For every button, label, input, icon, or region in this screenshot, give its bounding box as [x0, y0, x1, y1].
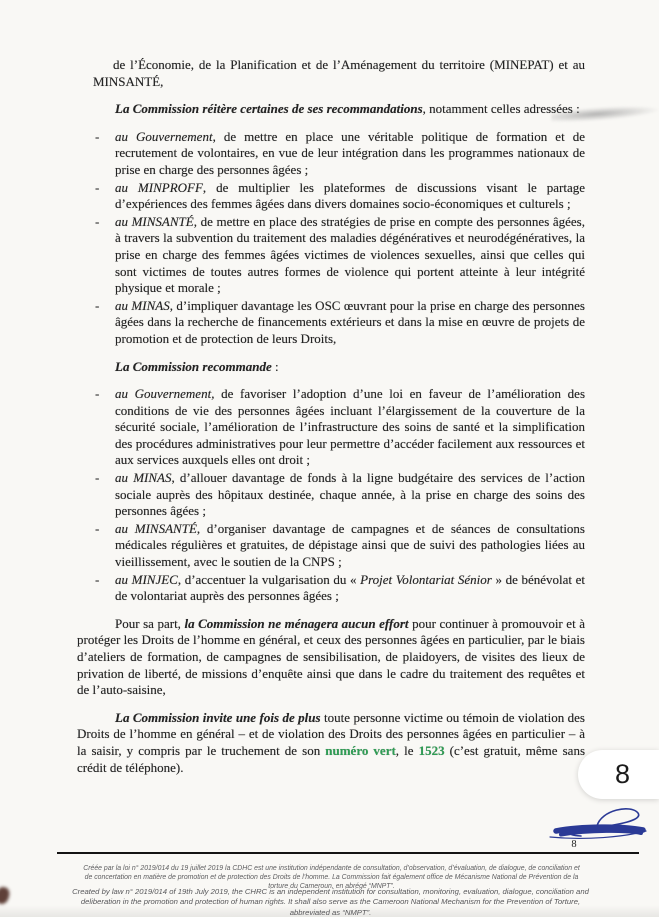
text-segment: au MINAS [115, 470, 171, 485]
text-segment: La Commission recommande [115, 359, 272, 374]
bullet-dash: - [95, 129, 99, 146]
text-segment: La Commission invite une fois de plus [115, 710, 321, 725]
printed-page-number: 8 [567, 839, 581, 850]
bullet-dash: - [95, 572, 99, 589]
document-body: de l’Économie, de la Planification et de… [77, 57, 585, 787]
bullet-dash: - [95, 521, 99, 538]
text-segment: , d’impliquer davantage les OSC œuvrant … [115, 298, 585, 346]
text-segment: de l’Économie, de la Planification et de… [93, 57, 585, 89]
blue-ink-signature-scribble [547, 803, 647, 845]
list-item: -au Gouvernement, de mettre en place une… [77, 129, 585, 179]
text-segment: au MINJEC [115, 572, 178, 587]
paragraph: de l’Économie, de la Planification et de… [93, 57, 585, 90]
text-segment: au Gouvernement, [115, 386, 214, 401]
text-segment: : [272, 359, 279, 374]
text-segment: 1523 [419, 743, 445, 758]
list-item: -au MINAS, d’allouer davantage de fonds … [77, 470, 585, 520]
list-item: -au MINSANTÉ, de mettre en place des str… [77, 214, 585, 297]
list-item: -au MINSANTÉ, d’organiser davantage de c… [77, 521, 585, 571]
text-segment: au Gouvernement [115, 129, 213, 144]
text-segment: au MINSANTÉ [115, 521, 197, 536]
text-segment: numéro vert [325, 743, 396, 758]
bullet-dash: - [95, 214, 99, 231]
text-segment: la Commission ne ménagera aucun effort [184, 616, 408, 631]
text-segment: La Commission réitère certaines de ses r… [115, 101, 423, 116]
list-item: -au MINJEC, d’accentuer la vulgarisation… [77, 572, 585, 605]
paragraph: Pour sa part, la Commission ne ménagera … [77, 616, 585, 699]
text-segment: au MINSANTÉ [115, 214, 194, 229]
bullet-dash: - [95, 470, 99, 487]
corner-stain [0, 885, 11, 905]
bullet-dash: - [95, 386, 99, 403]
list-item: -au Gouvernement, de favoriser l’adoptio… [77, 386, 585, 469]
text-segment: , le [396, 743, 419, 758]
recommendation-list: -au Gouvernement, de mettre en place une… [77, 129, 585, 348]
text-segment: Projet Volontariat Sénior [360, 572, 492, 587]
paragraph: La Commission réitère certaines de ses r… [77, 101, 585, 118]
text-segment: Pour sa part, [115, 616, 184, 631]
paragraph: La Commission recommande : [77, 359, 585, 376]
bullet-dash: - [95, 180, 99, 197]
list-item: -au MINPROFF, de multiplier les platefor… [77, 180, 585, 213]
page-number-badge: 8 [578, 750, 659, 799]
paragraph: La Commission invite une fois de plus to… [77, 710, 585, 776]
bullet-dash: - [95, 298, 99, 315]
document-page: de l’Économie, de la Planification et de… [0, 0, 659, 917]
footer-text-english: Created by law n° 2019/014 of 19th July … [62, 887, 599, 917]
text-segment: au MINAS [115, 298, 170, 313]
recommendation-list: -au Gouvernement, de favoriser l’adoptio… [77, 386, 585, 605]
text-segment: , d’accentuer la vulgarisation du « [178, 572, 360, 587]
list-item: -au MINAS, d’impliquer davantage les OSC… [77, 298, 585, 348]
footer-divider-rule [57, 852, 639, 854]
text-segment: , d’allouer davantage de fonds à la lign… [115, 470, 585, 518]
text-segment: au MINPROFF [115, 180, 203, 195]
page-number-badge-label: 8 [615, 759, 630, 790]
